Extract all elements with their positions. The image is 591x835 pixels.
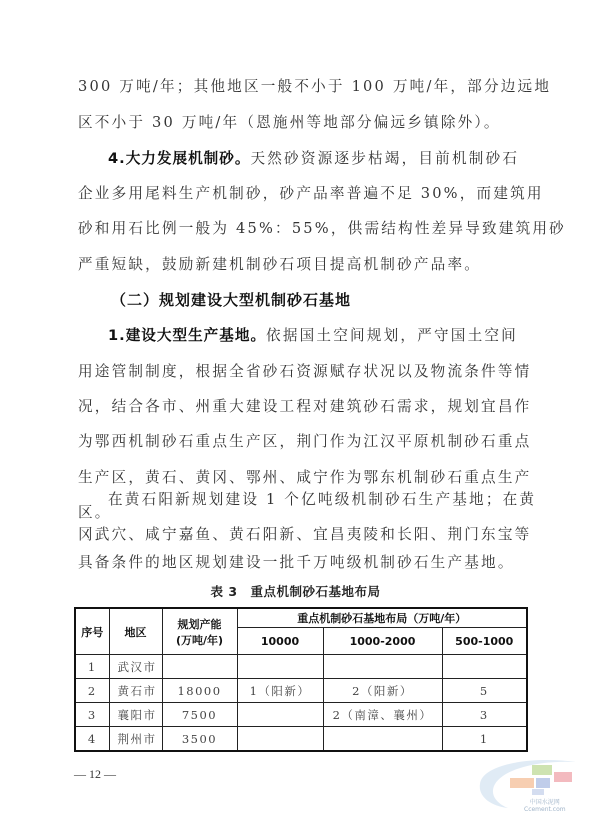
cell-seq: 2 bbox=[75, 679, 109, 703]
paragraph-line: 用途管制制度，根据全省砂石资源赋存状况以及物流条件等情 bbox=[78, 362, 522, 382]
watermark-en: Ccement.com bbox=[524, 806, 566, 813]
header-capacity-line2: (万吨/年) bbox=[163, 632, 237, 648]
item-heading: 4.大力发展机制砂。 bbox=[108, 150, 250, 167]
cell-seq: 3 bbox=[75, 703, 109, 727]
cell-capacity: 18000 bbox=[162, 679, 237, 703]
paragraph-text: 天然砂资源逐步枯竭，目前机制砂石 bbox=[250, 150, 519, 167]
cell-500-1000: 3 bbox=[442, 703, 527, 727]
paragraph-text: 依据国土空间规划，严守国土空间 bbox=[266, 327, 518, 344]
cell-1000-2000: 2（阳新） bbox=[323, 679, 442, 703]
cell-500-1000 bbox=[442, 655, 527, 679]
header-500-1000: 500-1000 bbox=[442, 628, 527, 655]
cell-10000 bbox=[237, 655, 323, 679]
paragraph-line: 4.大力发展机制砂。天然砂资源逐步枯竭，目前机制砂石 bbox=[108, 149, 522, 169]
header-1000-2000: 1000-2000 bbox=[323, 628, 442, 655]
table-caption: 表 3 重点机制砂石基地布局 bbox=[0, 582, 591, 600]
paragraph-line: 在黄石阳新规划建设 1 个亿吨级机制砂石生产基地；在黄 bbox=[108, 490, 522, 510]
paragraph-line: 1.建设大型生产基地。依据国土空间规划，严守国土空间 bbox=[108, 326, 522, 346]
header-seq: 序号 bbox=[75, 608, 109, 655]
cell-capacity bbox=[162, 655, 237, 679]
paragraph-line: 严重短缺，鼓励新建机制砂石项目提高机制砂产品率。 bbox=[78, 255, 522, 275]
cell-500-1000: 5 bbox=[442, 679, 527, 703]
cell-region: 武汉市 bbox=[109, 655, 162, 679]
page-number: — 12 — bbox=[74, 767, 116, 782]
header-capacity-line1: 规划产能 bbox=[163, 616, 237, 632]
watermark-cn: 中国水泥网 bbox=[524, 799, 566, 806]
header-10000: 10000 bbox=[237, 628, 323, 655]
header-region: 地区 bbox=[109, 608, 162, 655]
cell-1000-2000 bbox=[323, 727, 442, 752]
table-row: 2 黄石市 18000 1（阳新） 2（阳新） 5 bbox=[75, 679, 527, 703]
cell-10000: 1（阳新） bbox=[237, 679, 323, 703]
cell-region: 襄阳市 bbox=[109, 703, 162, 727]
item-heading: 1.建设大型生产基地。 bbox=[108, 327, 266, 344]
paragraph-line: 区不小于 30 万吨/年（恩施州等地部分偏远乡镇除外）。 bbox=[78, 113, 522, 133]
paragraph-line: 为鄂西机制砂石重点生产区，荆门作为江汉平原机制砂石重点 bbox=[78, 432, 522, 452]
cell-region: 黄石市 bbox=[109, 679, 162, 703]
cell-capacity: 3500 bbox=[162, 727, 237, 752]
paragraph-line: 生产区，黄石、黄冈、鄂州、咸宁作为鄂东机制砂石重点生产 bbox=[78, 468, 522, 488]
cell-1000-2000 bbox=[323, 655, 442, 679]
section-heading: （二）规划建设大型机制砂石基地 bbox=[111, 290, 555, 310]
header-capacity: 规划产能(万吨/年) bbox=[162, 608, 237, 655]
cell-seq: 4 bbox=[75, 727, 109, 752]
cell-seq: 1 bbox=[75, 655, 109, 679]
paragraph-line: 砂和用石比例一般为 45%：55%，供需结构性差异导致建筑用砂 bbox=[78, 219, 522, 239]
paragraph-line: 冈武穴、咸宁嘉鱼、黄石阳新、宜昌夷陵和长阳、荆门东宝等 bbox=[78, 525, 522, 545]
header-layout-group: 重点机制砂石基地布局（万吨/年） bbox=[237, 608, 527, 628]
cell-capacity: 7500 bbox=[162, 703, 237, 727]
cell-500-1000: 1 bbox=[442, 727, 527, 752]
document-page: 300 万吨/年；其他地区一般不小于 100 万吨/年，部分边远地 区不小于 3… bbox=[0, 0, 591, 835]
paragraph-line: 300 万吨/年；其他地区一般不小于 100 万吨/年，部分边远地 bbox=[78, 77, 522, 97]
cell-1000-2000: 2（南漳、襄州） bbox=[323, 703, 442, 727]
paragraph-line: 企业多用尾料生产机制砂，砂产品率普遍不足 30%，而建筑用 bbox=[78, 184, 522, 204]
paragraph-line: 况，结合各市、州重大建设工程对建筑砂石需求，规划宜昌作 bbox=[78, 397, 522, 417]
table-row: 1 武汉市 bbox=[75, 655, 527, 679]
table-row: 4 荆州市 3500 1 bbox=[75, 727, 527, 752]
base-layout-table: 序号 地区 规划产能(万吨/年) 重点机制砂石基地布局（万吨/年） 10000 … bbox=[74, 607, 528, 752]
watermark-text: 中国水泥网 Ccement.com bbox=[524, 799, 566, 813]
paragraph-line: 具备条件的地区规划建设一批千万吨级机制砂石生产基地。 bbox=[78, 553, 522, 573]
watermark-logo: 中国水泥网 Ccement.com bbox=[472, 752, 582, 817]
cell-10000 bbox=[237, 727, 323, 752]
table-row: 3 襄阳市 7500 2（南漳、襄州） 3 bbox=[75, 703, 527, 727]
cell-10000 bbox=[237, 703, 323, 727]
cell-region: 荆州市 bbox=[109, 727, 162, 752]
